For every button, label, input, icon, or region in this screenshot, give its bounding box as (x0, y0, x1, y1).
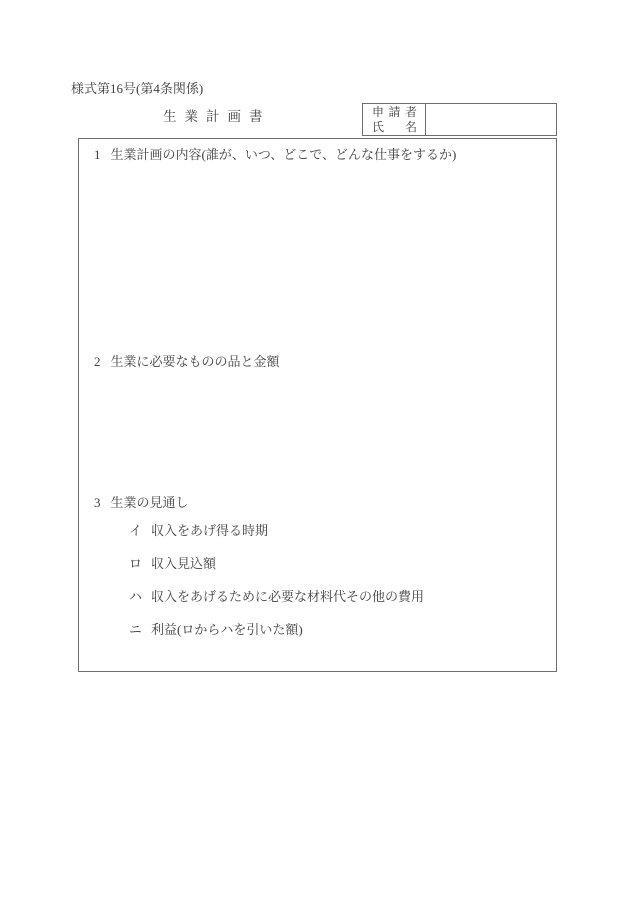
section-2-heading: 2 生業に必要なものの品と金額 (94, 353, 280, 370)
section-2-number: 2 (94, 353, 101, 370)
applicant-name-field[interactable] (426, 104, 556, 135)
section-3-number: 3 (94, 494, 101, 511)
subsection-ha-marker: ハ (129, 588, 142, 605)
label-char: 者 (405, 105, 417, 120)
subsection-ha-row: ハ 収入をあげるために必要な材料代その他の費用 (129, 588, 424, 605)
section-1-number: 1 (94, 146, 101, 163)
subsection-ha-label: 収入をあげるために必要な材料代その他の費用 (151, 588, 424, 605)
subsection-ni-label: 利益(ロからハを引いた額) (151, 621, 303, 638)
subsection-i-label: 収入をあげ得る時期 (151, 522, 268, 539)
subsection-ro-marker: ロ (129, 555, 142, 572)
form-title: 生業計画書 (163, 108, 271, 125)
section-3-heading: 3 生業の見通し (94, 494, 189, 511)
applicant-label-line2: 氏 名 (372, 120, 417, 135)
applicant-name-box: 申 請 者 氏 名 (362, 103, 557, 136)
label-char: 名 (405, 120, 417, 135)
section-1-entry-area[interactable] (81, 169, 554, 347)
form-page: 様式第16号(第4条関係) 生業計画書 申 請 者 氏 名 1 生業計画の内容(… (0, 0, 630, 915)
form-body-box: 1 生業計画の内容(誰が、いつ、どこで、どんな仕事をするか) 2 生業に必要なも… (78, 138, 557, 672)
section-2-entry-area[interactable] (81, 376, 554, 488)
section-1-label: 生業計画の内容(誰が、いつ、どこで、どんな仕事をするか) (111, 146, 457, 163)
applicant-label-line1: 申 請 者 (372, 105, 417, 120)
subsection-ni-marker: ニ (129, 621, 142, 638)
subsection-ro-label: 収入見込額 (151, 555, 216, 572)
subsection-ni-row: ニ 利益(ロからハを引いた額) (129, 621, 303, 638)
subsection-i-row: イ 収入をあげ得る時期 (129, 522, 268, 539)
label-char: 請 (388, 105, 400, 120)
subsection-i-marker: イ (129, 522, 142, 539)
section-2-label: 生業に必要なものの品と金額 (111, 353, 280, 370)
label-char: 氏 (372, 120, 384, 135)
section-3-label: 生業の見通し (111, 494, 189, 511)
applicant-label: 申 請 者 氏 名 (363, 104, 426, 135)
label-char: 申 (372, 105, 384, 120)
section-1-heading: 1 生業計画の内容(誰が、いつ、どこで、どんな仕事をするか) (94, 146, 456, 163)
form-number: 様式第16号(第4条関係) (71, 81, 203, 97)
subsection-ro-row: ロ 収入見込額 (129, 555, 216, 572)
